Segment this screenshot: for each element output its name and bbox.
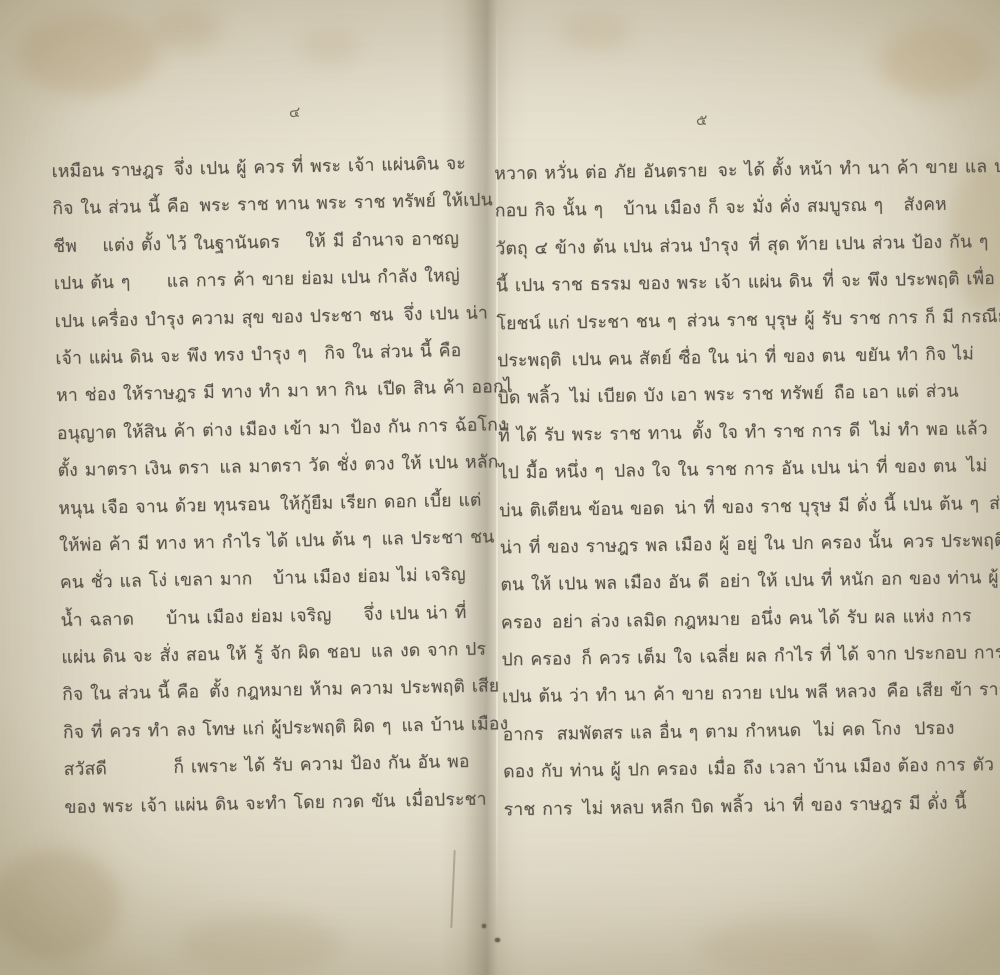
text-segment: เมื่อประชา bbox=[405, 781, 487, 820]
text-line: ราช การไม่ หลบ หลีก บิด พลิ้วน่า ที่ ของ… bbox=[503, 785, 956, 829]
text-segment: บ้าน เมือง ย่อม ไม่ เจริญ bbox=[273, 557, 467, 598]
text-segment: ของ พระ เจ้า แผ่น ดิน จะทำ โดย กวด ขัน bbox=[64, 783, 396, 827]
text-segment: หนุน เจือ จาน ด้วย ทุนรอน bbox=[58, 486, 270, 528]
text-segment: ให้พ่อ ค้า มี ทาง หา กำไร ได้ เปน ต้น ๆ bbox=[59, 522, 372, 566]
text-segment: แล งด จาก ปร bbox=[371, 632, 487, 672]
text-segment: คน ชั่ว แล โง่ เขลา มาก bbox=[60, 561, 253, 602]
text-segment: โยชน์ แก่ ประชา ชน ๆ bbox=[496, 303, 677, 343]
text-segment: เปีด สิน ค้า ออกไ bbox=[377, 369, 513, 409]
book-spread: ๔ ๕ เหมือน ราษฎรจึ่ง เปน ผู้ ควร ที่ พระ… bbox=[0, 0, 1000, 975]
text-segment: บ้าน เมือง ก็ จะ มั่ง คั่ง สมบูรณ ๆ bbox=[623, 188, 883, 229]
text-segment: ดอง กับ ท่าน ผู้ ปก ครอง bbox=[503, 752, 698, 792]
text-segment: แล ประชา ชน bbox=[381, 519, 495, 559]
text-segment: ไม่ ทำ พอ แล้ว bbox=[870, 411, 988, 450]
text-segment: จะ ได้ ตั้ง หน้า ทำ นา ค้า ขาย แล ประ bbox=[717, 149, 1000, 191]
text-segment: ถือ เอา แต่ ส่วน bbox=[834, 374, 959, 413]
text-segment: เปน ต้น ว่า ทำ นา ค้า ขาย ถวาย เปน พลี ห… bbox=[502, 674, 877, 717]
text-segment: อย่า ล่วง เลมิด กฎหมาย bbox=[552, 601, 741, 641]
text-segment: ไป มื้อ หนึ่ง ๆ bbox=[498, 454, 604, 493]
text-segment: เปน คน สัตย์ ซื่อ ใน น่า ที่ ของ ตน bbox=[571, 338, 845, 379]
text-segment: ขยัน ทำ กิจ ไม่ bbox=[855, 336, 974, 375]
text-segment: อากร bbox=[502, 717, 544, 755]
text-segment: นี้ เปน ราช ธรรม ของ พระ เจ้า แผ่น ดิน bbox=[496, 264, 813, 306]
text-segment: หา ช่อง ให้ราษฎร มี ทาง ทำ มา หา กิน bbox=[56, 372, 368, 416]
text-segment: ที่ จะ พึง ประพฤติ เพื่อ ประ bbox=[822, 261, 1000, 302]
text-segment: กอบ กิจ นั้น ๆ bbox=[495, 192, 604, 231]
text-segment: เจ้า แผ่น ดิน จะ พึง ทรง บำรุง ๆ bbox=[55, 336, 307, 378]
text-segment: ส่วน bbox=[989, 485, 1000, 523]
text-segment: น่า ที่ ของ ราษฎร มี ดั่ง นี้ bbox=[763, 785, 967, 825]
text-segment: ป้อง กัน การ ฉ้อโกง bbox=[350, 407, 507, 448]
text-segment: น่า ที่ ของ ราษฎร พล เมือง ผู้ อยู่ ใน ป… bbox=[500, 524, 893, 567]
text-segment: อย่า ให้ เปน ที่ หนัก อก ของ ท่าน ผู้ ปก bbox=[719, 560, 1000, 602]
text-column-right-page: หวาด หวั่น ต่อ ภัย อันตรายจะ ได้ ตั้ง หน… bbox=[494, 150, 956, 830]
foxing-stain bbox=[0, 850, 120, 960]
text-segment: บ่น ติเตียน ข้อน ขอด bbox=[499, 490, 665, 530]
text-line: ของ พระ เจ้า แผ่น ดิน จะทำ โดย กวด ขันเม… bbox=[64, 782, 471, 828]
foxing-stain bbox=[150, 8, 220, 50]
text-segment: น่า ที่ ของ ราช บุรุษ มี ดั่ง นี้ เปน ต้… bbox=[674, 486, 979, 528]
text-segment: น้ำ ฉลาด bbox=[60, 601, 134, 640]
text-segment: ตั้ง กฎหมาย ห้าม ความ ประพฤติ เสีย bbox=[209, 669, 500, 712]
text-segment: ก็ เพราะ ได้ รับ ความ ป้อง กัน อัน พอ bbox=[173, 744, 470, 787]
text-segment: พระ ราช ทาน พระ ราช ทรัพย์ ให้เปน bbox=[199, 183, 493, 226]
text-segment: ปลง ใจ ใน ราช การ อัน เปน น่า ที่ ของ ตน bbox=[614, 449, 957, 491]
foxing-stain bbox=[560, 14, 630, 50]
text-segment: สวัสดี bbox=[63, 751, 107, 789]
text-segment: บ้าน เมือง ย่อม เจริญ bbox=[166, 597, 332, 638]
text-segment: หวาด หวั่น ต่อ ภัย อันตราย bbox=[494, 153, 708, 194]
worm-hole-speck bbox=[482, 924, 486, 928]
foxing-stain bbox=[880, 26, 990, 96]
text-segment: แล การ ค้า ขาย ย่อม เปน กำลัง ใหญ่ bbox=[166, 258, 460, 301]
text-segment: ควร ประพฤติ bbox=[902, 523, 1000, 562]
text-segment: เปน ต้น ๆ bbox=[54, 265, 131, 304]
text-segment: อนึ่ง คน ได้ รับ ผล แห่ง การ bbox=[750, 598, 972, 639]
text-segment: จึ่ง เปน น่า ที่ bbox=[363, 595, 467, 634]
text-segment: จึ่ง เปน น่า bbox=[403, 295, 488, 334]
text-segment: ตน ให้ เปน พล เมือง อัน ดี bbox=[500, 565, 709, 606]
text-segment: ไม่ คด โกง bbox=[814, 711, 901, 750]
foxing-stain bbox=[18, 14, 158, 94]
text-segment: คือ เสีย ข้า ราช การ ภาษี bbox=[886, 671, 1000, 711]
text-segment: แผ่น ดิน จะ สั่ง สอน ให้ รู้ จัก ผิด ชอบ bbox=[61, 634, 361, 677]
text-segment: ให้ มี อำนาจ อาชญ bbox=[305, 221, 459, 261]
text-segment: ชีพ bbox=[53, 228, 78, 266]
text-segment: ส่วน ราช บุรุษ ผู้ รับ ราช การ ก็ มี กรณ… bbox=[686, 298, 1000, 341]
text-segment: ไม่ เบียด บัง เอา พระ ราช ทรัพย์ bbox=[570, 376, 824, 417]
text-segment: อนุญาต ให้สิน ค้า ต่าง เมือง เข้า มา bbox=[57, 410, 341, 453]
text-segment: วัตถุ ๔ ข้าง ต้น เปน ส่วน บำรุง bbox=[495, 228, 739, 269]
text-segment: จึ่ง เปน ผู้ ควร ที่ พระ เจ้า แผ่นดิน จะ bbox=[173, 146, 466, 189]
text-segment: ราช การ bbox=[503, 791, 572, 829]
page-number-right: ๕ bbox=[696, 108, 708, 132]
text-segment: ที่ ได้ รับ พระ ราช ทาน bbox=[498, 415, 682, 455]
text-segment: ไม่ หลบ หลีก บิด พลิ้ว bbox=[582, 788, 753, 828]
text-segment: กิจ ใน ส่วน นี้ คือ bbox=[62, 675, 200, 715]
text-segment: ตั้ง ใจ ทำ ราช การ ดี bbox=[691, 413, 860, 453]
text-segment: สมพัตสร แล อื่น ๆ ตาม กำหนด bbox=[557, 713, 802, 754]
text-segment: ก็ ควร เต็ม ใจ เฉลี่ย ผล กำไร ที่ ได้ จา… bbox=[581, 634, 1000, 678]
text-segment: ตั้ง มาตรา เงิน ตรา bbox=[57, 450, 210, 490]
text-segment: แล มาตรา วัด ชั่ง ตวง ให้ เปน หลัก bbox=[219, 444, 499, 487]
text-segment: ครอง bbox=[501, 604, 543, 642]
text-segment: กิจ ใน ส่วน นี้ คือ bbox=[52, 189, 190, 229]
text-segment: ที่ สุด ท้าย เปน ส่วน ป้อง กัน ๆ bbox=[748, 224, 988, 265]
text-segment: ไม่ bbox=[966, 448, 987, 486]
text-segment: ปก ครอง bbox=[501, 641, 571, 679]
text-segment: แล บ้าน เมือง bbox=[401, 706, 509, 746]
page-number-left: ๔ bbox=[289, 100, 302, 124]
foxing-stain bbox=[300, 30, 360, 64]
foxing-stain bbox=[700, 920, 880, 975]
text-segment: บิด พลิ้ว bbox=[497, 380, 560, 418]
foxing-stain bbox=[180, 915, 340, 975]
text-segment: ประพฤติ bbox=[497, 342, 562, 380]
text-segment: เหมือน ราษฎร bbox=[51, 152, 164, 192]
text-segment: กิจ ใน ส่วน นี้ คือ bbox=[324, 333, 462, 373]
text-column-left-page: เหมือน ราษฎรจึ่ง เปน ผู้ ควร ที่ พระ เจ้… bbox=[51, 146, 470, 827]
text-segment: สังคห bbox=[903, 187, 947, 225]
text-segment: ปรอง bbox=[914, 710, 955, 748]
worm-hole-speck bbox=[495, 938, 500, 942]
text-segment: ให้กู้ยืม เรียก ดอก เบี้ย แต่ bbox=[280, 482, 482, 523]
text-segment: แต่ง ตั้ง ไว้ ในฐานันดร bbox=[102, 224, 280, 265]
text-segment: เมื่อ ถึง เวลา บ้าน เมือง ต้อง การ ตัว ช… bbox=[707, 747, 1000, 789]
page-fold-line bbox=[450, 850, 455, 928]
